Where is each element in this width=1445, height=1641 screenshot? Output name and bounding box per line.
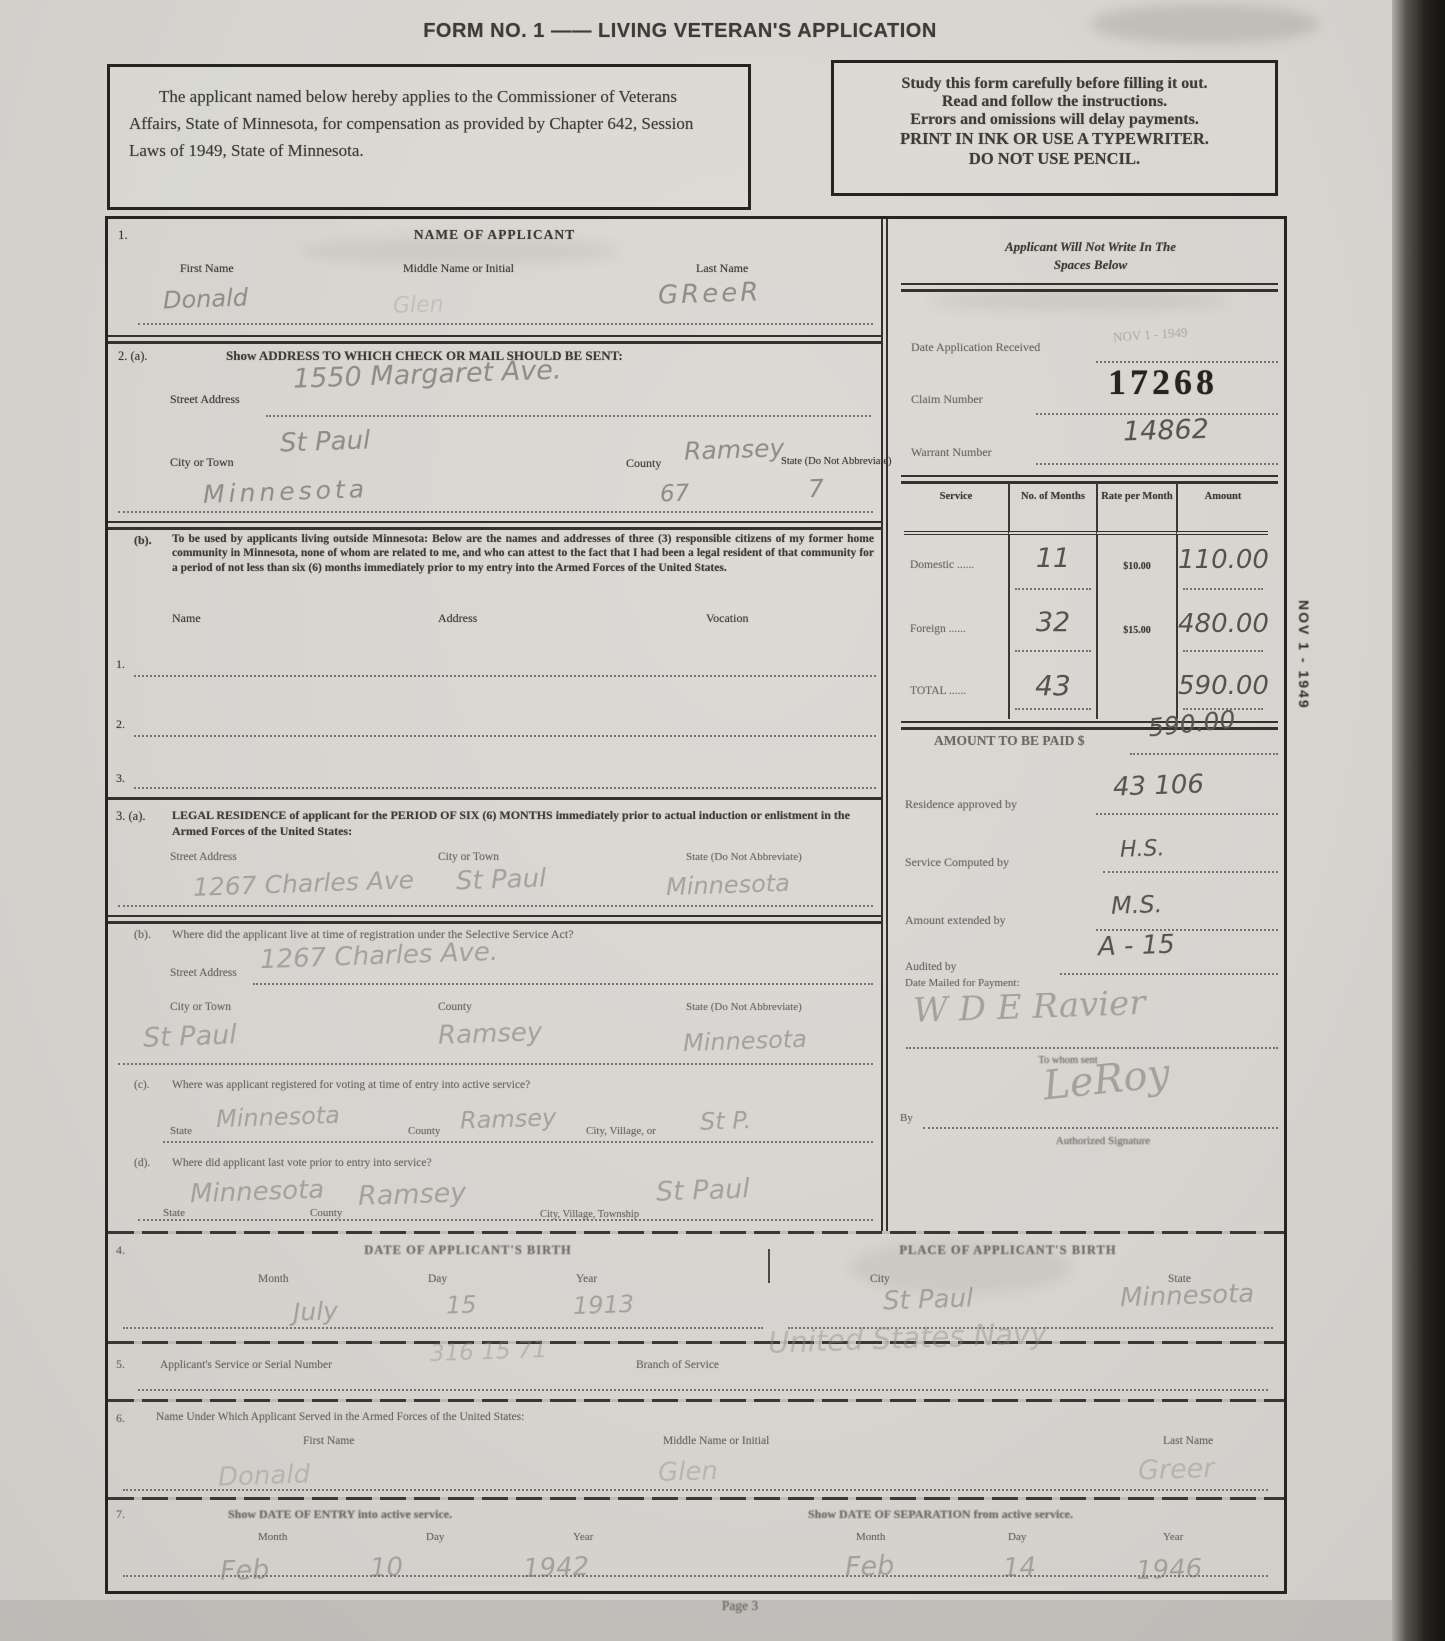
table-header-service: Service — [904, 483, 1008, 535]
amount-value: 590.00 — [1178, 671, 1269, 701]
claim-number-label: Claim Number — [911, 392, 983, 407]
s3a-state-label: State (Do Not Abbreviate) — [686, 851, 802, 863]
section6-number: 6. — [116, 1411, 125, 1426]
office-heading-line1: Applicant Will Not Write In The — [903, 239, 1278, 255]
sep-year-label: Year — [1163, 1531, 1183, 1543]
instruction-line: Errors and omissions will delay payments… — [848, 111, 1261, 129]
first-name-field: Donald — [163, 284, 249, 315]
first-name-label: First Name — [180, 261, 234, 276]
section2b-paragraph: To be used by applicants living outside … — [172, 532, 874, 575]
applicant-notice-text: The applicant named below hereby applies… — [129, 83, 729, 165]
s3c-fill-line — [163, 1141, 873, 1143]
date-received-label: Date Application Received — [911, 340, 1040, 355]
months-value: 43 — [1035, 669, 1071, 702]
entry-year-field: 1942 — [522, 1552, 589, 1584]
authorized-signature-caption: Authorized Signature — [988, 1135, 1218, 1147]
city-field: St Paul — [280, 425, 371, 458]
s3b-street-line — [253, 983, 873, 985]
table-row-amount: 480.00 — [1176, 599, 1268, 661]
served-first-field: Donald — [218, 1459, 311, 1492]
birth-year-label: Year — [576, 1273, 597, 1285]
s3b-state-label: State (Do Not Abbreviate) — [686, 1001, 802, 1013]
amount-paid-line — [1130, 753, 1278, 755]
served-middle-label: Middle Name or Initial — [663, 1435, 769, 1447]
served-first-label: First Name — [303, 1435, 354, 1447]
served-last-field: Greer — [1137, 1453, 1214, 1487]
entry-date-heading: Show DATE OF ENTRY into active service. — [228, 1507, 452, 1522]
s3b-street-field: 1267 Charles Ave. — [260, 937, 499, 975]
form-title: FORM NO. 1 —— LIVING VETERAN'S APPLICATI… — [350, 20, 1010, 43]
reference-vocation-label: Vocation — [706, 611, 748, 626]
last-name-label: Last Name — [696, 261, 748, 276]
warrant-number-line — [1036, 463, 1278, 465]
entry-month-label: Month — [258, 1531, 287, 1543]
table-row-rate: $10.00 — [1096, 535, 1176, 599]
service-table: Service No. of Months Rate per Month Amo… — [904, 483, 1268, 719]
date-received-stamp: NOV 1 - 1949 — [1113, 324, 1188, 345]
middle-name-field: Glen — [393, 292, 444, 319]
examiner-signature-line — [906, 1047, 1278, 1049]
street-fill-line — [266, 415, 871, 417]
branch-label: Branch of Service — [636, 1359, 719, 1371]
section-separator — [108, 797, 881, 800]
scan-edge-band — [1392, 0, 1445, 1641]
s3a-city-label: City or Town — [438, 851, 499, 863]
office-separator — [901, 283, 1278, 292]
county-field: Ramsey — [684, 433, 785, 465]
residence-approved-label: Residence approved by — [905, 797, 1017, 812]
clerk-mark-a: 67 — [660, 480, 690, 507]
sep-year-field: 1946 — [1135, 1554, 1202, 1586]
reference-row2-line — [134, 735, 876, 737]
section6-line — [123, 1489, 1268, 1491]
sep-month-field: Feb — [844, 1550, 894, 1583]
s3d-state-field: Minnesota — [190, 1175, 325, 1210]
section3a-heading: LEGAL RESIDENCE of applicant for the PER… — [172, 808, 874, 839]
s3a-fill-line — [118, 905, 873, 907]
state-field: Minnesota — [203, 474, 369, 509]
section4-number: 4. — [116, 1243, 125, 1258]
separation-date-heading: Show DATE OF SEPARATION from active serv… — [808, 1507, 1073, 1522]
table-row-service: Foreign ...... — [904, 599, 1008, 661]
entry-day-field: 10 — [369, 1552, 403, 1583]
s3c-city-label: City, Village, or — [586, 1125, 656, 1137]
s3d-fill-line — [138, 1219, 873, 1221]
s3d-county-label: County — [310, 1207, 342, 1219]
birth-day-field: 15 — [446, 1290, 478, 1319]
instructions-box: Study this form carefully before filling… — [831, 60, 1278, 196]
s3b-city-field: St Paul — [142, 1019, 237, 1053]
s3b-city-label: City or Town — [170, 1001, 231, 1013]
section-separator — [108, 915, 881, 924]
served-last-label: Last Name — [1163, 1435, 1213, 1447]
s3a-street-label: Street Address — [170, 851, 237, 863]
s3c-county-field: Ramsey — [460, 1103, 557, 1134]
amount-value: 110.00 — [1178, 545, 1269, 575]
section3c-heading: Where was applicant registered for votin… — [172, 1079, 530, 1091]
section-separator — [108, 335, 881, 344]
reference-row1-line — [134, 675, 876, 677]
section-separator — [108, 1399, 1284, 1402]
service-computed-line — [1103, 871, 1278, 873]
page-number: Page 3 — [640, 1598, 840, 1614]
city-label: City or Town — [170, 455, 234, 470]
residence-approved-line — [1096, 813, 1278, 815]
s3a-street-field: 1267 Charles Ave — [193, 865, 415, 902]
s3c-county-label: County — [408, 1125, 440, 1137]
warrant-number-label: Warrant Number — [911, 445, 992, 460]
s3b-county-field: Ramsey — [438, 1017, 543, 1051]
section3b-number: (b). — [134, 927, 151, 942]
audited-by-label: Audited by — [905, 961, 956, 973]
service-computed-field: H.S. — [1120, 836, 1165, 863]
s3a-state-field: Minnesota — [666, 869, 791, 901]
section3c-number: (c). — [134, 1079, 150, 1091]
middle-name-label: Middle Name or Initial — [403, 261, 514, 276]
section4-right-heading: PLACE OF APPLICANT'S BIRTH — [798, 1243, 1218, 1258]
applicant-notice-box: The applicant named below hereby applies… — [107, 64, 751, 210]
s3b-state-field: Minnesota — [683, 1025, 808, 1057]
sep-month-label: Month — [856, 1531, 885, 1543]
reference-name-label: Name — [172, 611, 201, 626]
clerk-mark-b: 7 — [807, 474, 824, 504]
warrant-number-field: 14862 — [1122, 414, 1209, 448]
table-row-service: TOTAL ...... — [904, 661, 1008, 719]
section5-number: 5. — [116, 1357, 125, 1372]
last-name-field: GReeR — [658, 277, 762, 311]
table-row-service: Domestic ...... — [904, 535, 1008, 599]
instruction-line: Read and follow the instructions. — [848, 93, 1261, 111]
section-separator — [108, 1341, 1284, 1344]
s3b-street-label: Street Address — [170, 967, 237, 979]
residence-approved-field: 43 106 — [1113, 769, 1205, 802]
audited-by-line — [1060, 973, 1278, 975]
reference-row3-line — [134, 787, 876, 789]
reference-row3-number: 3. — [116, 771, 125, 786]
birth-day-label: Day — [428, 1273, 447, 1285]
section-separator — [108, 1231, 1284, 1234]
section5-line — [138, 1389, 1268, 1391]
section3a-number: 3. (a). — [116, 809, 146, 824]
reference-row1-number: 1. — [116, 657, 125, 672]
amount-paid-label: AMOUNT TO BE PAID $ — [934, 733, 1085, 749]
authorized-signature-line — [923, 1127, 1278, 1129]
section7-number: 7. — [116, 1507, 125, 1522]
birth-month-label: Month — [258, 1273, 289, 1285]
claim-number-stamp: 17268 — [1108, 361, 1218, 403]
table-row-amount: 110.00 — [1176, 535, 1268, 599]
section3d-number: (d). — [134, 1157, 150, 1169]
office-heading-line2: Spaces Below — [903, 257, 1278, 273]
entry-day-label: Day — [426, 1531, 444, 1543]
s3c-state-label: State — [170, 1125, 192, 1137]
examiner-signature: W D E Ravier — [912, 983, 1146, 1031]
instruction-line: PRINT IN INK OR USE A TYPEWRITER. — [848, 129, 1261, 149]
table-row-months: 32 — [1008, 599, 1096, 661]
table-row-rate: $15.00 — [1096, 599, 1176, 661]
sep-day-field: 14 — [1002, 1552, 1036, 1583]
table-header-months: No. of Months — [1008, 483, 1096, 535]
audited-by-field: A - 15 — [1097, 930, 1175, 963]
smudge — [1090, 4, 1320, 44]
birth-columns-divider — [768, 1249, 770, 1283]
birth-state-field: Minnesota — [1120, 1279, 1255, 1314]
birth-month-field: July — [293, 1296, 339, 1327]
s3c-state-field: Minnesota — [216, 1101, 341, 1133]
section2-number: 2. (a). — [118, 349, 148, 364]
s3d-county-field: Ramsey — [357, 1177, 466, 1212]
section-separator — [108, 521, 881, 530]
instruction-line: Study this form carefully before filling… — [848, 75, 1261, 93]
branch-field: United States Navy — [767, 1316, 1047, 1360]
state-fill-line — [118, 511, 873, 513]
service-computed-label: Service Computed by — [905, 855, 1009, 870]
section4-left-heading: DATE OF APPLICANT'S BIRTH — [198, 1243, 738, 1258]
s3d-city-field: St Paul — [655, 1173, 750, 1207]
reference-row2-number: 2. — [116, 717, 125, 732]
name-fill-line — [138, 323, 873, 325]
section7-line — [123, 1575, 1268, 1577]
months-value: 32 — [1036, 607, 1070, 638]
serial-number-field: 316 15 71 — [430, 1337, 548, 1367]
section3d-heading: Where did applicant last vote prior to e… — [172, 1157, 432, 1169]
table-row-rate — [1096, 661, 1176, 719]
amount-extended-field: M.S. — [1111, 890, 1163, 920]
s3c-city-field: St P. — [700, 1106, 752, 1136]
s3d-state-label: State — [163, 1207, 185, 1219]
state-label: State (Do Not Abbreviate) — [781, 456, 892, 467]
sep-day-label: Day — [1008, 1531, 1026, 1543]
by-label: By — [900, 1112, 913, 1124]
months-value: 11 — [1036, 543, 1070, 574]
s3b-county-label: County — [438, 1001, 472, 1013]
birth-year-field: 1913 — [573, 1290, 635, 1320]
main-form-body: 1. NAME OF APPLICANT First Name Middle N… — [105, 216, 1287, 1594]
street-address-label: Street Address — [170, 392, 240, 407]
section2b-number: (b). — [134, 533, 152, 548]
scanned-veteran-application-form: FORM NO. 1 —— LIVING VETERAN'S APPLICATI… — [0, 0, 1445, 1641]
s3a-city-field: St Paul — [456, 863, 547, 896]
amount-extended-label: Amount extended by — [905, 913, 1006, 928]
table-header-rate: Rate per Month — [1096, 483, 1176, 535]
reference-address-label: Address — [438, 611, 477, 626]
county-label: County — [626, 456, 661, 471]
birth-date-line — [123, 1327, 763, 1329]
birth-city-field: St Paul — [883, 1283, 974, 1316]
s3b-fill-line — [118, 1063, 873, 1065]
entry-year-label: Year — [573, 1531, 593, 1543]
section1-title: NAME OF APPLICANT — [108, 227, 881, 243]
entry-month-field: Feb — [219, 1554, 269, 1587]
instruction-line: DO NOT USE PENCIL. — [848, 149, 1261, 169]
date-stamp: NOV 1 - 1949 — [1296, 600, 1312, 800]
section6-heading: Name Under Which Applicant Served in the… — [156, 1411, 524, 1423]
table-row-months: 43 — [1008, 661, 1096, 719]
section-separator — [108, 1497, 1284, 1500]
amount-value: 480.00 — [1178, 609, 1269, 639]
table-row-months: 11 — [1008, 535, 1096, 599]
birth-city-label: City — [870, 1273, 890, 1285]
serial-number-label: Applicant's Service or Serial Number — [160, 1359, 332, 1371]
served-middle-field: Glen — [657, 1456, 718, 1488]
section3b-heading: Where did the applicant live at time of … — [172, 927, 574, 942]
column-divider — [881, 219, 888, 1231]
table-header-amount: Amount — [1176, 483, 1268, 535]
